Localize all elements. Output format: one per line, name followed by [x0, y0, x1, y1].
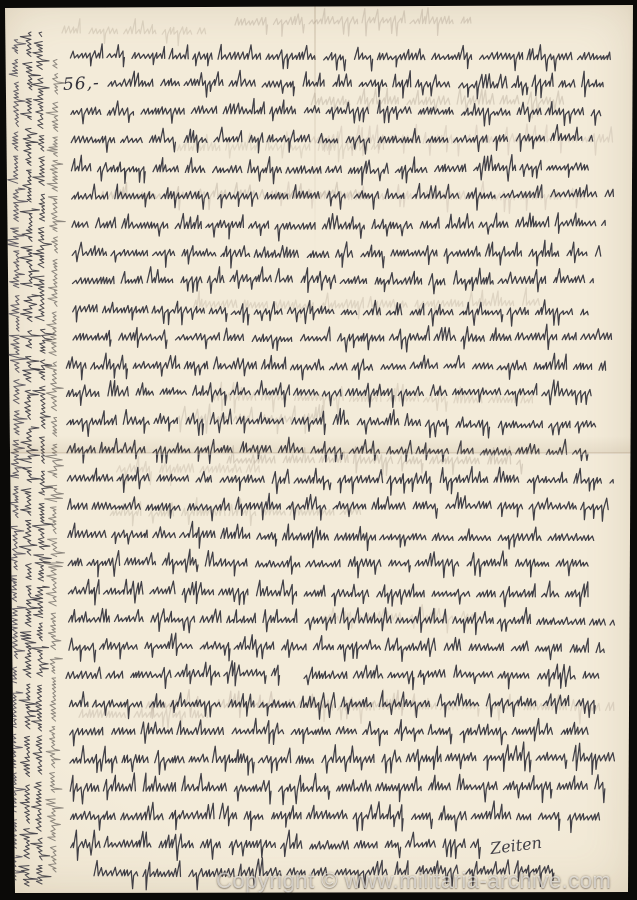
letter-scan: 56,- Zeiten Copyright © www.militaria-ar… — [0, 0, 637, 900]
handwritten-amount: 56,- — [63, 73, 101, 95]
handwriting-svg — [0, 0, 637, 900]
copyright-watermark: Copyright © www.militaria-archive.com — [216, 868, 611, 894]
paper-sheet: 56,- Zeiten Copyright © www.militaria-ar… — [0, 0, 637, 900]
